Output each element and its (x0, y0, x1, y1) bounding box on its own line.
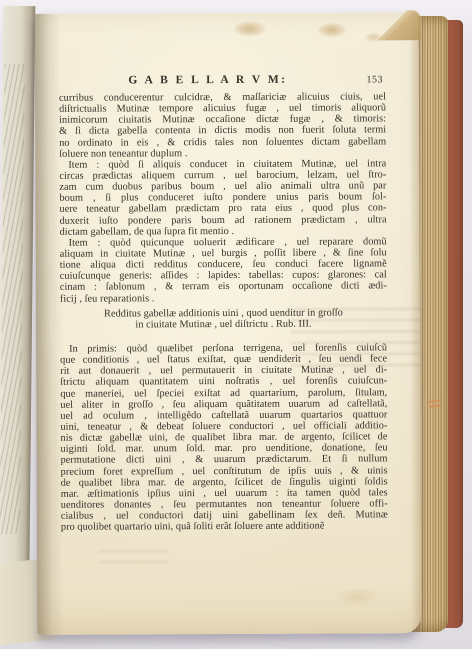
foxing-stain (317, 22, 347, 37)
photo-of-book-page: { "photo": { "backdrop_color": "#e8e6ea"… (0, 0, 472, 649)
text-line: ſtrictu aliquam quantitatem uini noſtrat… (60, 376, 387, 389)
text-block: curribus conducerentur culcidræ, & maſſa… (59, 91, 388, 533)
text-line: duxerit iuſto pondere paris boum ad rati… (60, 214, 387, 227)
running-header-title: G A B E L L A R V M: (59, 73, 387, 86)
foxing-stain (337, 587, 377, 605)
facing-page-blurred-text (0, 64, 25, 534)
foxing-stain (365, 32, 383, 42)
text-line: pro quolibet quartario uini, quã ſoliti … (61, 521, 388, 534)
facing-page-edge (0, 6, 35, 636)
text-line: Redditus gabellæ additionis uini , quod … (60, 307, 387, 320)
folio-number: 153 (366, 74, 383, 85)
ink-show-through (99, 549, 169, 571)
text-line: cinam : ſablonum , & terram eis oportuna… (60, 281, 387, 294)
text-line: no ordinato in eis , & cridis tales non … (59, 136, 386, 149)
text-line: & ſi dicta gabella contenta in dictis mo… (59, 125, 386, 138)
text-line: cialibus , uel conductori datij uini gab… (61, 509, 388, 522)
book-page: G A B E L L A R V M: 153 curribus conduc… (35, 12, 422, 635)
foxing-stain (233, 21, 267, 37)
text-line: precium foret expreſſum , uel conſtitutu… (61, 465, 388, 478)
text-line: uere teneatur gabellam prædictam pro rat… (59, 203, 386, 216)
page-header: G A B E L L A R V M: 153 (59, 73, 387, 88)
text-line: permutatione dicti uini , & uuarum prædi… (61, 454, 388, 467)
